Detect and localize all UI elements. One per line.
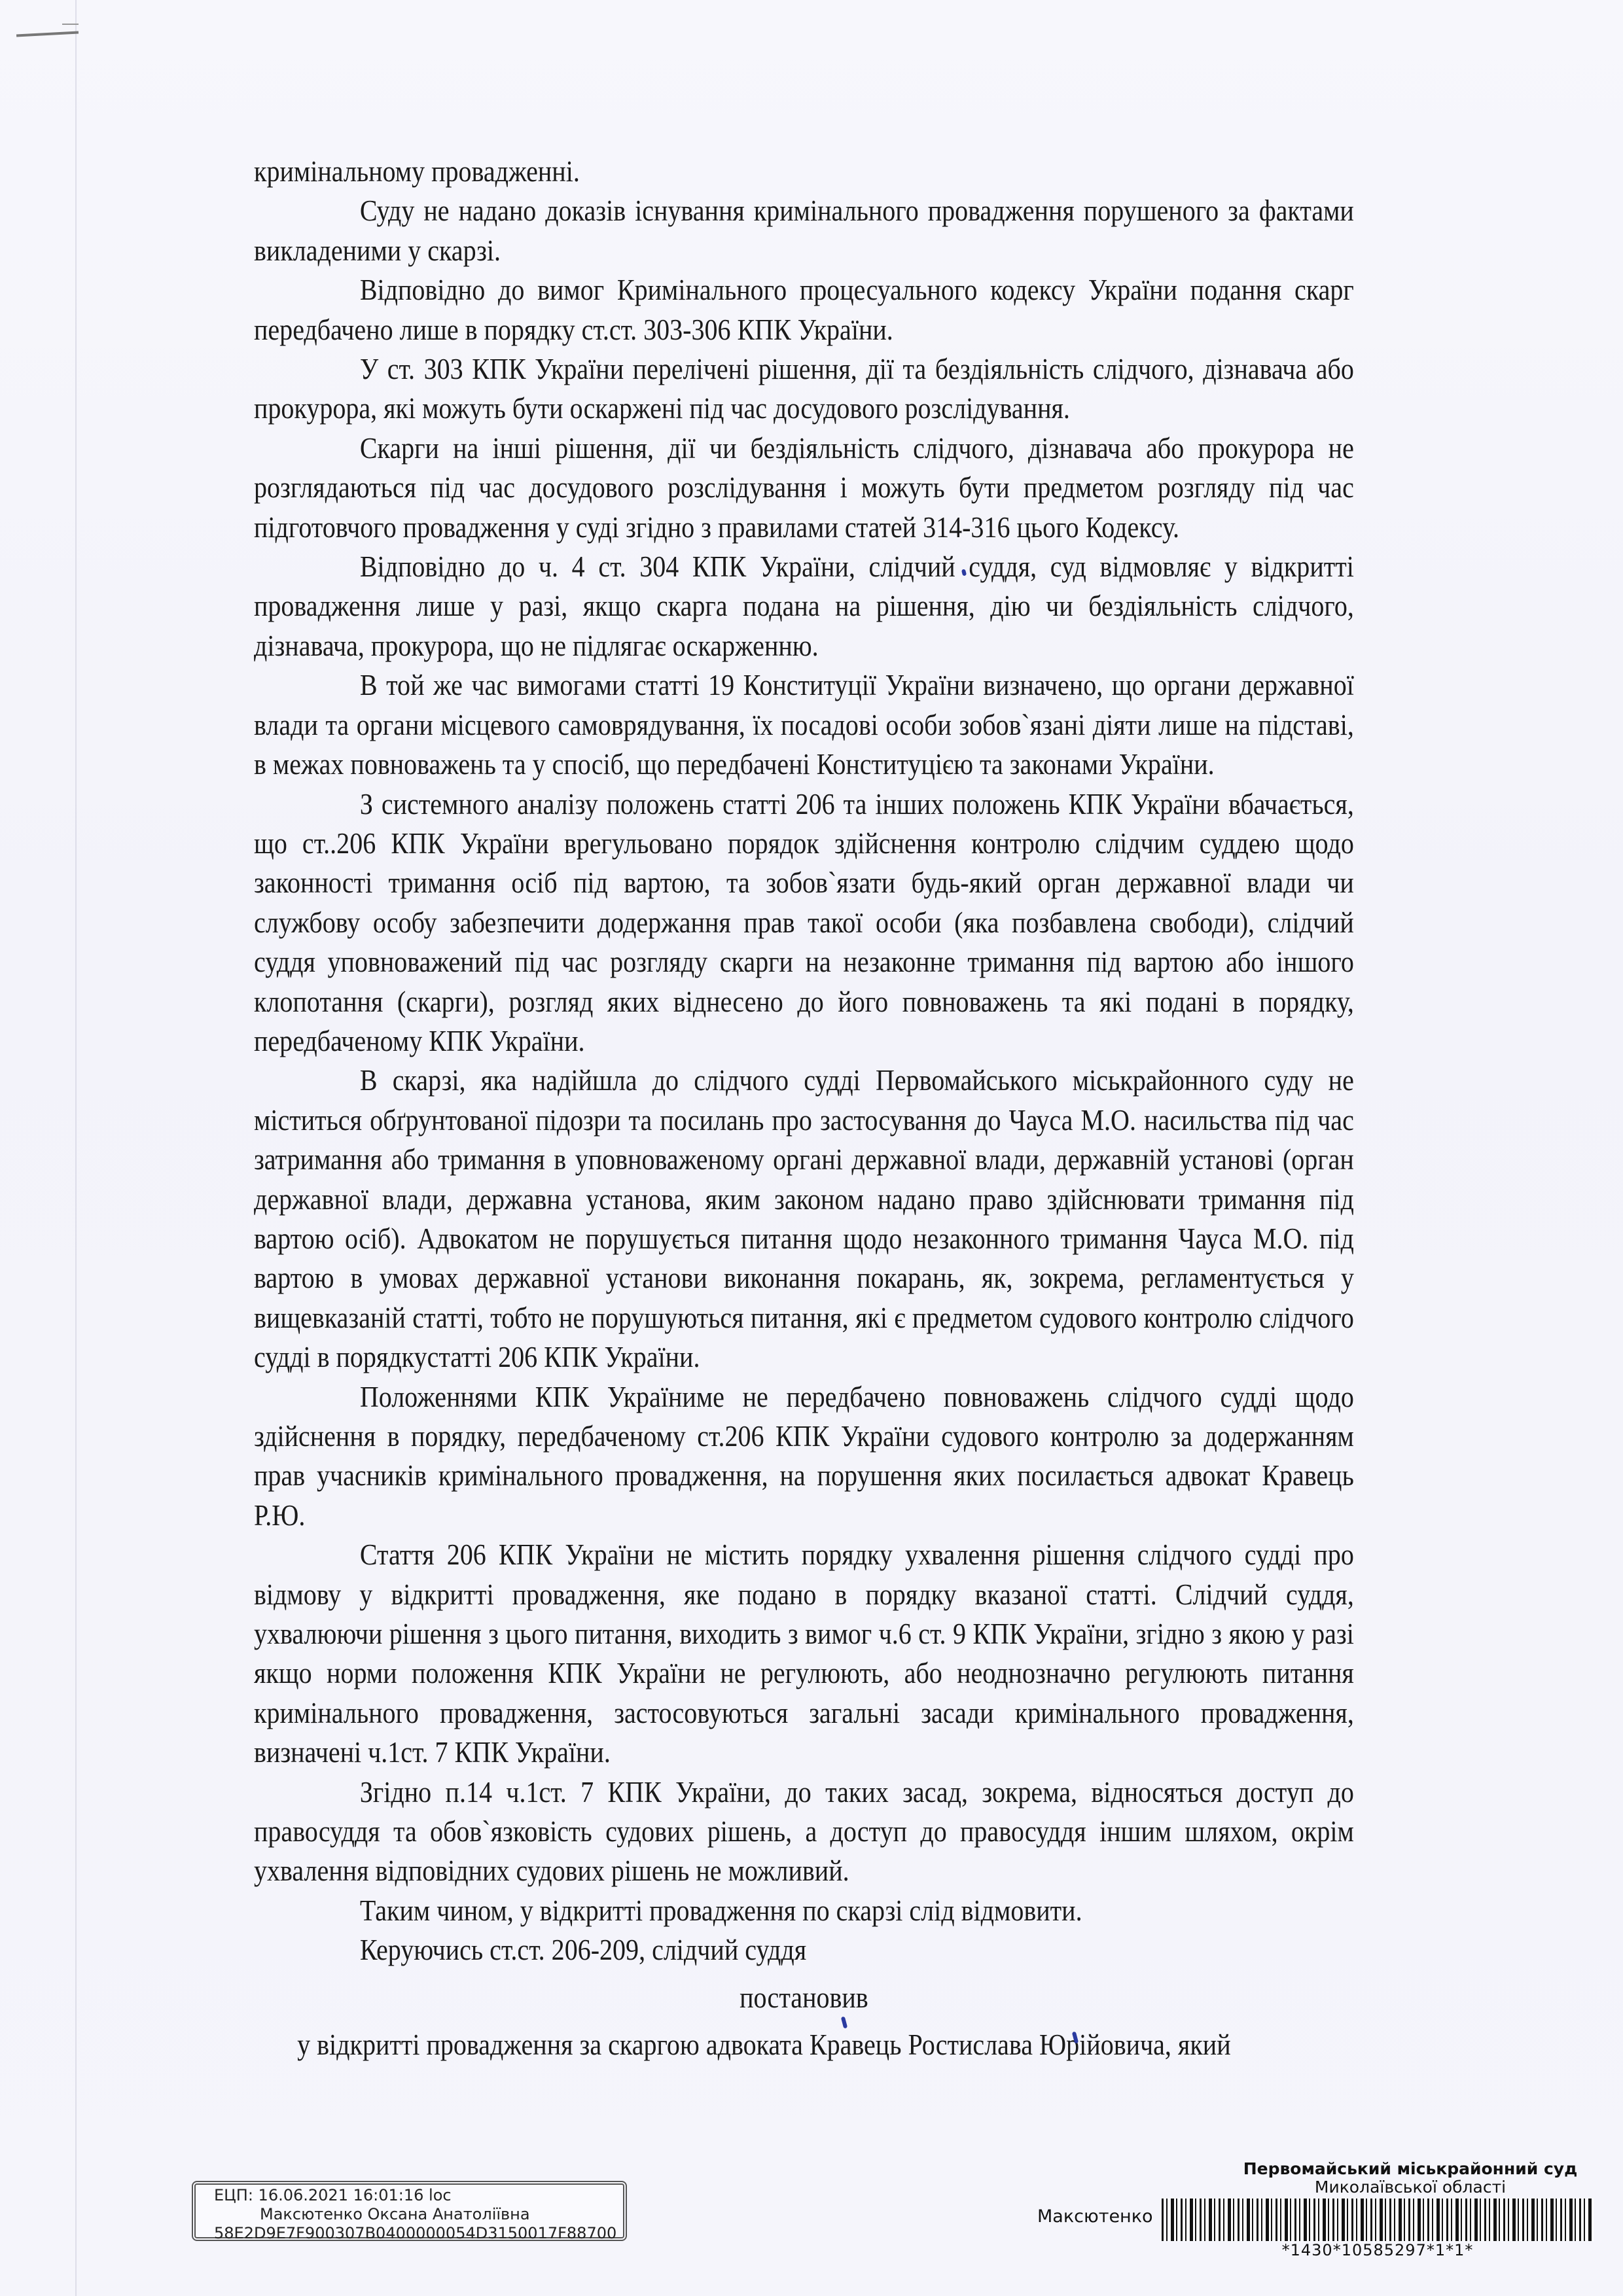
document-body: кримінальному провадженні. Суду не надан…: [254, 152, 1354, 2065]
signature-hash: 58E2D9E7F900307B0400000054D3150017F88700: [214, 2224, 623, 2243]
paragraph: Стаття 206 КПК України не містить порядк…: [254, 1535, 1354, 1772]
paragraph: Положеннями КПК Україниме не передбачено…: [254, 1377, 1354, 1536]
paragraph: Скарги на інші рішення, дії чи бездіяльн…: [254, 429, 1354, 547]
paragraph: Керуючись ст.ст. 206-209, слідчий суддя: [254, 1930, 1354, 1969]
paragraph: Таким чином, у відкритті провадження по …: [254, 1891, 1354, 1930]
document-page: кримінальному провадженні. Суду не надан…: [0, 0, 1623, 2296]
corner-pen-mark-small: [62, 24, 79, 25]
paragraph: У ст. 303 КПК України перелічені рішення…: [254, 349, 1354, 429]
paragraph: Відповідно до вимог Кримінального процес…: [254, 270, 1354, 349]
judge-surname: Максютенко: [1037, 2206, 1153, 2227]
barcode-number: *1430*10585297*1*1*: [1162, 2241, 1594, 2259]
barcode-icon: [1162, 2199, 1594, 2241]
corner-pen-mark: [16, 31, 79, 37]
court-region: Миколаївської області: [1227, 2178, 1594, 2197]
digital-signature-stamp: ЕЦП: 16.06.2021 16:01:16 loc Максютенко …: [192, 2181, 627, 2241]
resolution-heading: постановив: [254, 1978, 1354, 2017]
signer-name: Максютенко Оксана Анатоліївна: [214, 2205, 623, 2224]
court-barcode-block: Первомайський міськрайонний суд Миколаїв…: [1037, 2159, 1600, 2264]
court-name: Первомайський міськрайонний суд: [1227, 2159, 1594, 2179]
scan-fold-line: [75, 0, 77, 2296]
resolution-text: у відкритті провадження за скаргою адвок…: [254, 2025, 1354, 2064]
paragraph: З системного аналізу положень статті 206…: [254, 785, 1354, 1061]
paragraph: Згідно п.14 ч.1ст. 7 КПК України, до так…: [254, 1773, 1354, 1891]
signature-timestamp: ЕЦП: 16.06.2021 16:01:16 loc: [214, 2186, 623, 2205]
paragraph: В той же час вимогами статті 19 Конститу…: [254, 665, 1354, 784]
paragraph: кримінальному провадженні.: [254, 152, 1354, 191]
paragraph: В скарзі, яка надійшла до слідчого судді…: [254, 1061, 1354, 1377]
paragraph: Суду не надано доказів існування криміна…: [254, 191, 1354, 270]
paragraph: Відповідно до ч. 4 ст. 304 КПК України, …: [254, 547, 1354, 665]
